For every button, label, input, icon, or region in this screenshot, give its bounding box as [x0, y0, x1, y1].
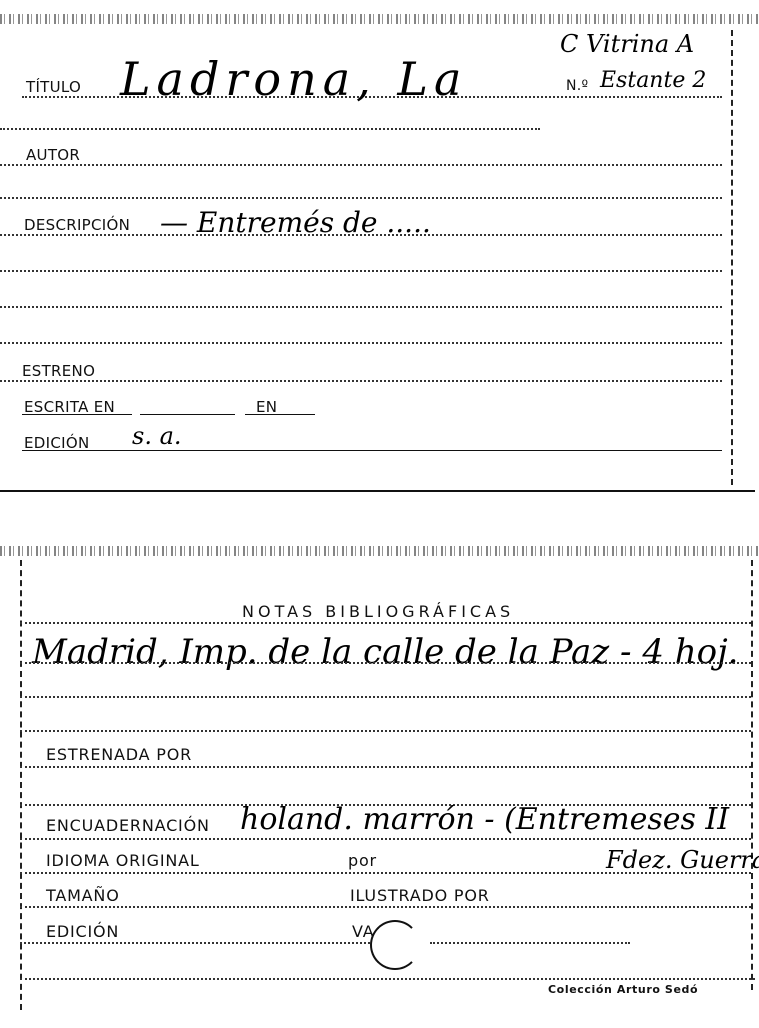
rule [0, 342, 722, 344]
notas-value: Madrid, Imp. de la calle de la Paz - 4 h… [32, 632, 738, 672]
rule [20, 662, 751, 664]
idioma-original-label: IDIOMA ORIGINAL [46, 851, 200, 870]
por-label: por [348, 851, 377, 870]
edicion-label: EDICIÓN [24, 434, 89, 452]
rule [430, 942, 630, 944]
descripcion-value: — Entremés de ..... [160, 206, 431, 239]
encuadernacion-value: holand. marrón - (Entremeses II [240, 802, 729, 837]
rule [20, 942, 370, 944]
rule [0, 128, 540, 130]
tamano-label: TAMAÑO [46, 886, 120, 905]
estrenada-por-label: ESTRENADA POR [46, 745, 192, 764]
ilustrado-por-label: ILUSTRADO POR [350, 886, 490, 905]
titulo-label: TÍTULO [26, 78, 81, 96]
descripcion-label: DESCRIPCIÓN [24, 216, 130, 234]
card-bottom-edge [0, 490, 755, 492]
autor-label: AUTOR [26, 146, 80, 164]
location-number-label: N.º [566, 78, 588, 94]
rule [0, 380, 722, 382]
location-line1: C Vitrina A [560, 30, 694, 58]
edicion-label: EDICIÓN [46, 922, 119, 941]
rule [20, 872, 751, 874]
rule [0, 164, 722, 166]
card-right-border [731, 30, 733, 485]
rule [140, 414, 235, 415]
top-catalog-card: TÍTULO Ladrona, La C Vitrina A N.º Estan… [0, 0, 759, 495]
rule [20, 766, 751, 768]
rule [20, 906, 751, 908]
rule [20, 622, 751, 624]
estreno-label: ESTRENO [22, 362, 95, 380]
notas-heading: NOTAS BIBLIOGRÁFICAS [242, 602, 514, 621]
torn-edge [0, 14, 759, 24]
encuadernacion-label: ENCUADERNACIÓN [46, 816, 210, 835]
edicion-value: s. a. [132, 422, 182, 450]
rule [20, 696, 751, 698]
collection-footer: Colección Arturo Sedó [548, 983, 698, 996]
rule [0, 306, 722, 308]
torn-edge [0, 546, 759, 556]
rule [245, 414, 315, 415]
rule [22, 450, 722, 451]
rule [20, 730, 751, 732]
rule [20, 838, 751, 840]
circular-stamp-mark [370, 920, 420, 970]
rule [20, 978, 755, 980]
escrita-en-label: ESCRITA EN [24, 398, 115, 416]
bottom-catalog-card: NOTAS BIBLIOGRÁFICAS Madrid, Imp. de la … [0, 540, 759, 1028]
card-right-border [751, 560, 753, 990]
por-value: Fdez. Guerra) [606, 846, 759, 874]
titulo-value: Ladrona, La [120, 52, 467, 106]
rule [0, 197, 722, 199]
rule [0, 270, 722, 272]
location-shelf: Estante 2 [600, 68, 706, 93]
